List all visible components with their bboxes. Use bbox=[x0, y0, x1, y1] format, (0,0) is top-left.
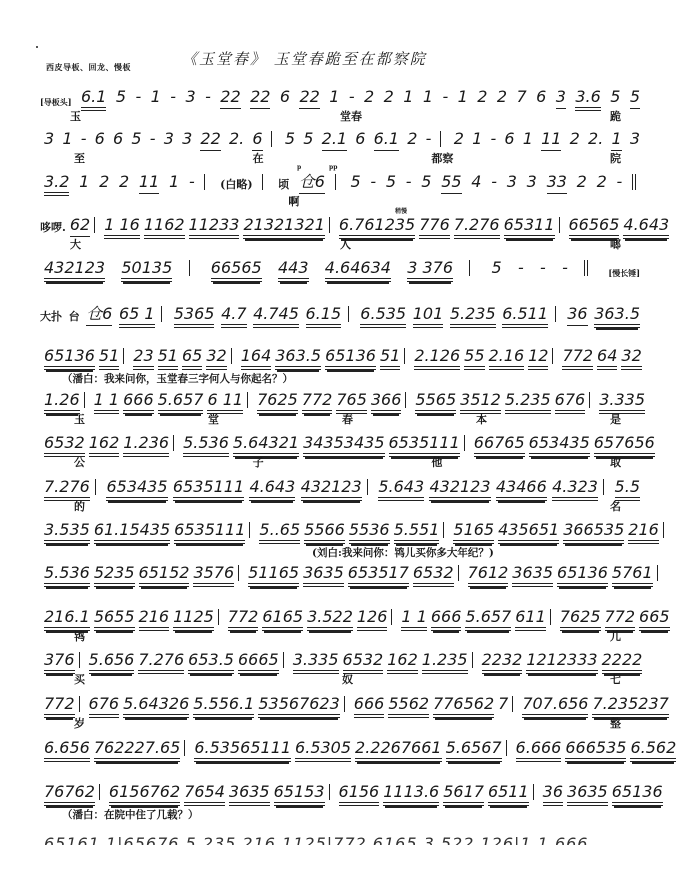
note-group: - bbox=[490, 129, 496, 149]
tempo-mark: 稍慢 bbox=[395, 206, 407, 215]
note-group: 6.511 bbox=[502, 304, 548, 328]
note-group: 4.643 bbox=[249, 477, 295, 501]
note-group: 1162 bbox=[144, 215, 185, 239]
bar-line bbox=[405, 392, 406, 408]
note-group: 216 bbox=[139, 607, 170, 631]
note-group: 22 bbox=[250, 87, 270, 109]
note-group: 776 bbox=[419, 215, 450, 239]
note-group: 55 bbox=[441, 172, 461, 194]
bar-line bbox=[367, 479, 368, 495]
note-group: 2 bbox=[570, 129, 580, 149]
note-group: 65136 bbox=[557, 563, 608, 587]
bar-line bbox=[443, 522, 444, 538]
note-group: 65136 bbox=[325, 346, 376, 370]
section-label: [导板头] bbox=[40, 92, 72, 112]
note-group: 6.53565111 bbox=[194, 738, 291, 762]
note-group: 22 bbox=[220, 87, 240, 109]
note-group: 3.522 bbox=[307, 607, 353, 631]
note-group: 6532 bbox=[413, 563, 454, 587]
cut-off-notation-row: 65161 1|65676 5.235 216 1125|772 6165 3.… bbox=[44, 836, 644, 845]
bar-line bbox=[84, 392, 85, 408]
note-group: 776562 bbox=[433, 694, 494, 718]
note-group: - bbox=[189, 172, 195, 192]
note-group: 5 bbox=[610, 87, 620, 107]
percussion-syllable: 哆啰. bbox=[40, 218, 66, 238]
note-group: 4.745 bbox=[253, 304, 299, 328]
note-group: 2. bbox=[588, 129, 603, 149]
note-group: 5566 bbox=[304, 520, 345, 544]
note-group: 772 bbox=[302, 390, 333, 414]
spoken-dialogue: （潘白：我来问你，玉堂春三字何人与你起名？） bbox=[62, 372, 293, 386]
note-group: 443 bbox=[278, 258, 309, 282]
note-group: 7.276 bbox=[44, 477, 90, 501]
note-group: 2.16 bbox=[489, 346, 525, 370]
notation-row: 6.656762227.656.535651116.53052.22676615… bbox=[0, 738, 681, 768]
bar-line bbox=[161, 306, 162, 322]
note-group: 4.323 bbox=[552, 477, 598, 501]
note-group: 1212333 bbox=[526, 650, 597, 674]
note-group: 51165 bbox=[248, 563, 299, 587]
note-group: - bbox=[349, 87, 355, 107]
note-group: 3512 bbox=[460, 390, 501, 414]
note-group: 435651 bbox=[498, 520, 559, 544]
double-bar-line bbox=[584, 260, 588, 276]
note-group: 32 bbox=[621, 346, 641, 370]
note-group: 5 bbox=[386, 172, 396, 192]
note-group: 3 bbox=[527, 172, 537, 192]
note-group: 676 bbox=[89, 694, 120, 718]
lyric-text: 取 bbox=[610, 457, 621, 469]
note-group: 5617 bbox=[443, 782, 484, 806]
note-group: 3635 bbox=[512, 563, 553, 587]
lyric-text: 堂春 bbox=[340, 111, 362, 123]
note-group: 6165 bbox=[262, 607, 303, 631]
note-group: 432123 bbox=[429, 477, 490, 501]
note-group: 3635 bbox=[303, 563, 344, 587]
note-group: 3576 bbox=[193, 563, 234, 587]
bar-line bbox=[94, 217, 95, 233]
bar-line bbox=[79, 652, 80, 668]
percussion-syllable: 大扑 bbox=[40, 307, 62, 327]
note-group: 6.666 bbox=[516, 738, 562, 762]
bar-line bbox=[657, 565, 658, 581]
bar-line bbox=[506, 740, 507, 756]
note-group: 6 bbox=[95, 129, 105, 149]
note-group: 5 bbox=[350, 172, 360, 192]
note-group: - bbox=[442, 87, 448, 107]
lyric-text: 本 bbox=[476, 414, 487, 426]
note-group: 5 bbox=[131, 129, 141, 149]
bar-line bbox=[95, 479, 96, 495]
lyric-text: 公 bbox=[74, 457, 85, 469]
bar-line bbox=[472, 652, 473, 668]
note-group: 5.235 bbox=[450, 304, 496, 328]
note-group: 2. bbox=[229, 129, 244, 149]
note-group: 66765 bbox=[474, 433, 525, 457]
spoken-dialogue: (刘白:我来问你：鸨儿买你多大年纪？) bbox=[312, 546, 494, 560]
note-group: 6665 bbox=[238, 650, 279, 674]
note-group: 4.64634 bbox=[325, 258, 391, 282]
note-group: 366535 bbox=[563, 520, 624, 544]
note-group: - bbox=[150, 129, 156, 149]
notation-row: 7726765.643265.556.153567623666556277656… bbox=[0, 694, 681, 724]
note-group: 666 bbox=[354, 694, 385, 718]
note-group: 仓6 bbox=[86, 304, 112, 326]
note-group: 5761 bbox=[612, 563, 653, 587]
note-group: 1 bbox=[523, 129, 533, 149]
note-group: 1.235 bbox=[422, 650, 468, 674]
note-group: 6.5305 bbox=[295, 738, 351, 762]
note-group: 65 bbox=[182, 346, 202, 370]
note-group: 3.2 bbox=[44, 172, 69, 196]
note-group: 50135 bbox=[121, 258, 172, 282]
note-group: 66565 bbox=[569, 215, 620, 239]
note-group: 6532 bbox=[44, 433, 85, 457]
note-group: 1 bbox=[79, 172, 89, 192]
bar-line bbox=[218, 609, 219, 625]
note-group: 1 bbox=[403, 87, 413, 107]
percussion-syllable: (白略) bbox=[220, 175, 252, 195]
note-group: 611 bbox=[515, 607, 546, 631]
lyric-text: 七 bbox=[610, 674, 621, 686]
note-group: 653435 bbox=[106, 477, 167, 501]
note-group: 3.535 bbox=[44, 520, 90, 544]
note-group: 66565 bbox=[211, 258, 262, 282]
note-group: 7 bbox=[498, 694, 508, 714]
note-group: 5 bbox=[630, 87, 640, 109]
note-group: 22 bbox=[200, 129, 220, 151]
note-group: 3 bbox=[185, 87, 195, 107]
bar-line bbox=[464, 435, 465, 451]
note-group: 43466 bbox=[496, 477, 547, 501]
lyric-text: 跪 bbox=[610, 111, 621, 123]
lyric-text: 啊 bbox=[288, 196, 299, 208]
notation-row: 1.261 16665.6576 11762577276536655653512… bbox=[0, 390, 681, 420]
note-group: 7654 bbox=[184, 782, 225, 806]
note-group: - bbox=[562, 258, 568, 278]
bar-line bbox=[533, 784, 534, 800]
note-group: 5655 bbox=[94, 607, 135, 631]
lyric-text: 堂 bbox=[208, 414, 219, 426]
note-group: 5 bbox=[303, 129, 313, 149]
note-group: 3635 bbox=[567, 782, 608, 806]
lyric-text: 子 bbox=[253, 457, 264, 469]
note-group: 6.15 bbox=[306, 304, 342, 328]
note-group: 5365 bbox=[174, 304, 215, 328]
note-group: 363.5 bbox=[594, 304, 640, 328]
bar-line bbox=[189, 260, 190, 276]
note-group: 3635 bbox=[229, 782, 270, 806]
note-group: 5.6567 bbox=[446, 738, 502, 762]
lyric-text: 整 bbox=[610, 718, 621, 730]
note-group: 5.657 bbox=[158, 390, 204, 414]
note-group: 2 bbox=[477, 87, 487, 107]
lyric-text: 春 bbox=[342, 414, 353, 426]
note-group: 1113.6 bbox=[383, 782, 439, 806]
note-group: 1 bbox=[423, 87, 433, 107]
bar-line bbox=[335, 174, 336, 190]
dynamic-mark: pp bbox=[329, 164, 337, 171]
note-group: 164 bbox=[241, 346, 272, 370]
note-group: 1 1 bbox=[94, 390, 119, 414]
bar-line bbox=[204, 174, 205, 190]
note-group: 33 bbox=[547, 172, 567, 194]
note-group: 51 bbox=[380, 346, 400, 370]
bar-line bbox=[329, 217, 330, 233]
notation-row: 5.53652356515235765116536356535176532761… bbox=[0, 563, 681, 593]
bar-line bbox=[603, 479, 604, 495]
note-group: 4.643 bbox=[623, 215, 669, 239]
lyric-text: 买 bbox=[74, 674, 85, 686]
bar-line bbox=[440, 131, 441, 147]
note-group: 51 bbox=[158, 346, 178, 370]
note-group: 6535111 bbox=[174, 520, 245, 544]
note-group: 2 bbox=[497, 87, 507, 107]
lyric-text: 岁 bbox=[74, 718, 85, 730]
note-group: 1 bbox=[329, 87, 339, 107]
note-group: 64 bbox=[597, 346, 617, 370]
bar-line bbox=[391, 609, 392, 625]
note-group: 34353435 bbox=[303, 433, 384, 457]
note-group: 3 bbox=[44, 129, 54, 149]
note-group: 2 bbox=[364, 87, 374, 107]
note-group: 666535 bbox=[565, 738, 626, 762]
note-group: 5.556.1 bbox=[193, 694, 254, 718]
note-group: 11 bbox=[139, 172, 159, 194]
note-group: 36 bbox=[543, 782, 563, 806]
note-group: - bbox=[135, 87, 141, 107]
note-group: 653435 bbox=[529, 433, 590, 457]
note-group: 5 bbox=[421, 172, 431, 192]
note-group: 65136 bbox=[44, 346, 95, 370]
note-group: 1 bbox=[611, 129, 621, 151]
note-group: 5.64321 bbox=[233, 433, 299, 457]
note-group: 666 bbox=[123, 390, 154, 414]
note-group: 5.536 bbox=[183, 433, 229, 457]
lyric-text: 都察 bbox=[431, 153, 453, 165]
note-group: 162 bbox=[387, 650, 418, 674]
note-group: 1125 bbox=[173, 607, 214, 631]
note-group: 7612 bbox=[468, 563, 509, 587]
note-group: 6511 bbox=[488, 782, 529, 806]
banqiang-label: 西皮导板、回龙、慢板 bbox=[46, 62, 131, 73]
note-group: 5.656 bbox=[89, 650, 135, 674]
section-label: [慢长锤] bbox=[608, 263, 640, 283]
note-group: - bbox=[370, 172, 376, 192]
note-group: 1 bbox=[458, 87, 468, 107]
note-group: 762227.65 bbox=[94, 738, 181, 762]
lyric-text: 的 bbox=[74, 501, 85, 513]
note-group: 21321321 bbox=[243, 215, 324, 239]
note-group: 6535111 bbox=[389, 433, 460, 457]
bar-line bbox=[559, 217, 560, 233]
lyric-text: 儿 bbox=[610, 631, 621, 643]
note-group: 6.562 bbox=[630, 738, 676, 762]
note-group: 5.657 bbox=[465, 607, 511, 631]
note-group: 653517 bbox=[348, 563, 409, 587]
note-group: 3 bbox=[507, 172, 517, 192]
note-group: 5562 bbox=[388, 694, 429, 718]
bar-line bbox=[329, 784, 330, 800]
note-group: 3.335 bbox=[599, 390, 645, 414]
bar-line bbox=[123, 348, 124, 364]
note-group: 7 bbox=[517, 87, 527, 107]
note-group: 7.276 bbox=[454, 215, 500, 239]
note-group: 6 bbox=[113, 129, 123, 149]
note-group: - bbox=[491, 172, 497, 192]
bar-line bbox=[271, 131, 272, 147]
percussion-syllable: 台 bbox=[69, 307, 80, 327]
note-group: 5.551 bbox=[394, 520, 440, 544]
note-group: - bbox=[81, 129, 87, 149]
note-group: 6 bbox=[252, 129, 262, 151]
note-group: 6.656 bbox=[44, 738, 90, 762]
scan-dot bbox=[36, 46, 38, 48]
note-group: - bbox=[426, 129, 432, 149]
bar-line bbox=[589, 392, 590, 408]
note-group: 62 bbox=[70, 215, 90, 237]
notation-row: 7.27665343565351114.6434321235.643432123… bbox=[0, 477, 681, 507]
note-group: 657656 bbox=[594, 433, 655, 457]
note-group: 65 1 bbox=[119, 304, 155, 328]
lyric-text: 至 bbox=[74, 153, 85, 165]
note-group: 36 bbox=[567, 304, 587, 326]
score-title: 《玉堂春》 玉堂春跪至在都察院 bbox=[182, 48, 427, 69]
note-group: 6535111 bbox=[173, 477, 244, 501]
note-group: 772 bbox=[605, 607, 636, 631]
bar-line bbox=[348, 306, 349, 322]
note-group: 772 bbox=[562, 346, 593, 370]
bar-line bbox=[99, 784, 100, 800]
note-group: 5.5 bbox=[615, 477, 640, 501]
note-group: 5 bbox=[116, 87, 126, 107]
bar-line bbox=[469, 260, 470, 276]
note-group: 3 bbox=[182, 129, 192, 149]
bar-line bbox=[184, 740, 185, 756]
note-group: 5536 bbox=[349, 520, 390, 544]
note-group: 6 bbox=[504, 129, 514, 149]
cut-off-notation-text: 65161 1|65676 5.235 216 1125|772 6165 3.… bbox=[44, 836, 588, 845]
note-group: - bbox=[540, 258, 546, 278]
note-group: 6532 bbox=[343, 650, 384, 674]
bar-line bbox=[238, 565, 239, 581]
lyric-text: 是 bbox=[610, 414, 621, 426]
note-group: 65136 bbox=[612, 782, 663, 806]
note-group: 65152 bbox=[139, 563, 190, 587]
note-group: 1 16 bbox=[104, 215, 140, 239]
lyric-text: 他 bbox=[431, 457, 442, 469]
note-group: 653.5 bbox=[188, 650, 234, 674]
note-group: 765 bbox=[336, 390, 367, 414]
note-group: 5165 bbox=[453, 520, 494, 544]
note-group: 6.761235 bbox=[339, 215, 415, 239]
lyric-text: 名 bbox=[610, 501, 621, 513]
note-group: 772 bbox=[44, 694, 75, 718]
note-group: - bbox=[518, 258, 524, 278]
bar-line bbox=[555, 306, 556, 322]
note-group: 216 bbox=[628, 520, 659, 544]
note-group: 1 bbox=[62, 129, 72, 149]
note-group: 5.643 bbox=[378, 477, 424, 501]
bar-line bbox=[173, 435, 174, 451]
note-group: 32 bbox=[206, 346, 226, 370]
note-group: 162 bbox=[89, 433, 120, 457]
note-group: 126 bbox=[357, 607, 388, 631]
lyric-text: 大 bbox=[70, 239, 81, 251]
note-group: - bbox=[205, 87, 211, 107]
note-group: 55 bbox=[464, 346, 484, 370]
note-group: 6 bbox=[536, 87, 546, 107]
bar-line bbox=[550, 609, 551, 625]
bar-line bbox=[458, 565, 459, 581]
note-group: 772 bbox=[228, 607, 259, 631]
note-group: 4 bbox=[471, 172, 481, 192]
note-group: 1 bbox=[151, 87, 161, 107]
bar-line bbox=[231, 348, 232, 364]
bar-line bbox=[344, 696, 345, 712]
lyric-text: 啷 bbox=[610, 239, 621, 251]
note-group: 2.2267661 bbox=[355, 738, 442, 762]
note-group: 3 bbox=[630, 129, 640, 149]
note-group: 2.126 bbox=[414, 346, 460, 370]
note-group: 5235 bbox=[94, 563, 135, 587]
notation-row: 31-665-33222.6552.166.12-21-611122.13 bbox=[0, 129, 681, 159]
note-group: 5.64326 bbox=[123, 694, 189, 718]
note-group: 5..65 bbox=[259, 520, 300, 544]
spoken-dialogue: （潘白：在院中住了几载？） bbox=[62, 808, 199, 822]
bar-line bbox=[283, 652, 284, 668]
note-group: 5.536 bbox=[44, 563, 90, 587]
note-group: 6 11 bbox=[207, 390, 243, 414]
note-group: 432123 bbox=[301, 477, 362, 501]
note-group: 53567623 bbox=[258, 694, 339, 718]
lyric-text: 人 bbox=[340, 239, 351, 251]
note-group: 665 bbox=[639, 607, 670, 631]
note-group: - bbox=[406, 172, 412, 192]
note-group: 65153 bbox=[274, 782, 325, 806]
note-group: 23 bbox=[133, 346, 153, 370]
notation-row: 65321621.2365.5365.643213435343565351116… bbox=[0, 433, 681, 463]
lyric-text: 奴 bbox=[342, 674, 353, 686]
note-group: 5565 bbox=[415, 390, 456, 414]
note-group: 51 bbox=[99, 346, 119, 370]
note-group: 432123 bbox=[44, 258, 105, 282]
note-group: 2 bbox=[454, 129, 464, 149]
lyric-text: 玉 bbox=[74, 414, 85, 426]
note-group: 76762 bbox=[44, 782, 95, 806]
score-page: 西皮导板、回龙、慢板 《玉堂春》 玉堂春跪至在都察院 [导板头]6.15-1-3… bbox=[0, 0, 681, 880]
note-group: 2.1 bbox=[322, 129, 347, 151]
note-group: 1 bbox=[472, 129, 482, 149]
bar-line bbox=[249, 522, 250, 538]
note-group: 6 bbox=[280, 87, 290, 107]
note-group: 65311 bbox=[504, 215, 555, 239]
note-group: 7625 bbox=[257, 390, 298, 414]
note-group: 3 bbox=[164, 129, 174, 149]
note-group: 2232 bbox=[482, 650, 523, 674]
note-group: - bbox=[170, 87, 176, 107]
note-group: 1 1 bbox=[401, 607, 426, 631]
note-group: 666 bbox=[431, 607, 462, 631]
note-group: 3 376 bbox=[407, 258, 453, 282]
note-group: 2222 bbox=[602, 650, 643, 674]
notation-row: 3765.6567.276653.566653.33565321621.2352… bbox=[0, 650, 681, 680]
note-group: 1.236 bbox=[123, 433, 169, 457]
bar-line bbox=[247, 392, 248, 408]
note-group: 7.235237 bbox=[592, 694, 668, 718]
notation-row: 216.15655216112577261653.5221261 16665.6… bbox=[0, 607, 681, 637]
note-group: 3.6 bbox=[575, 87, 600, 111]
